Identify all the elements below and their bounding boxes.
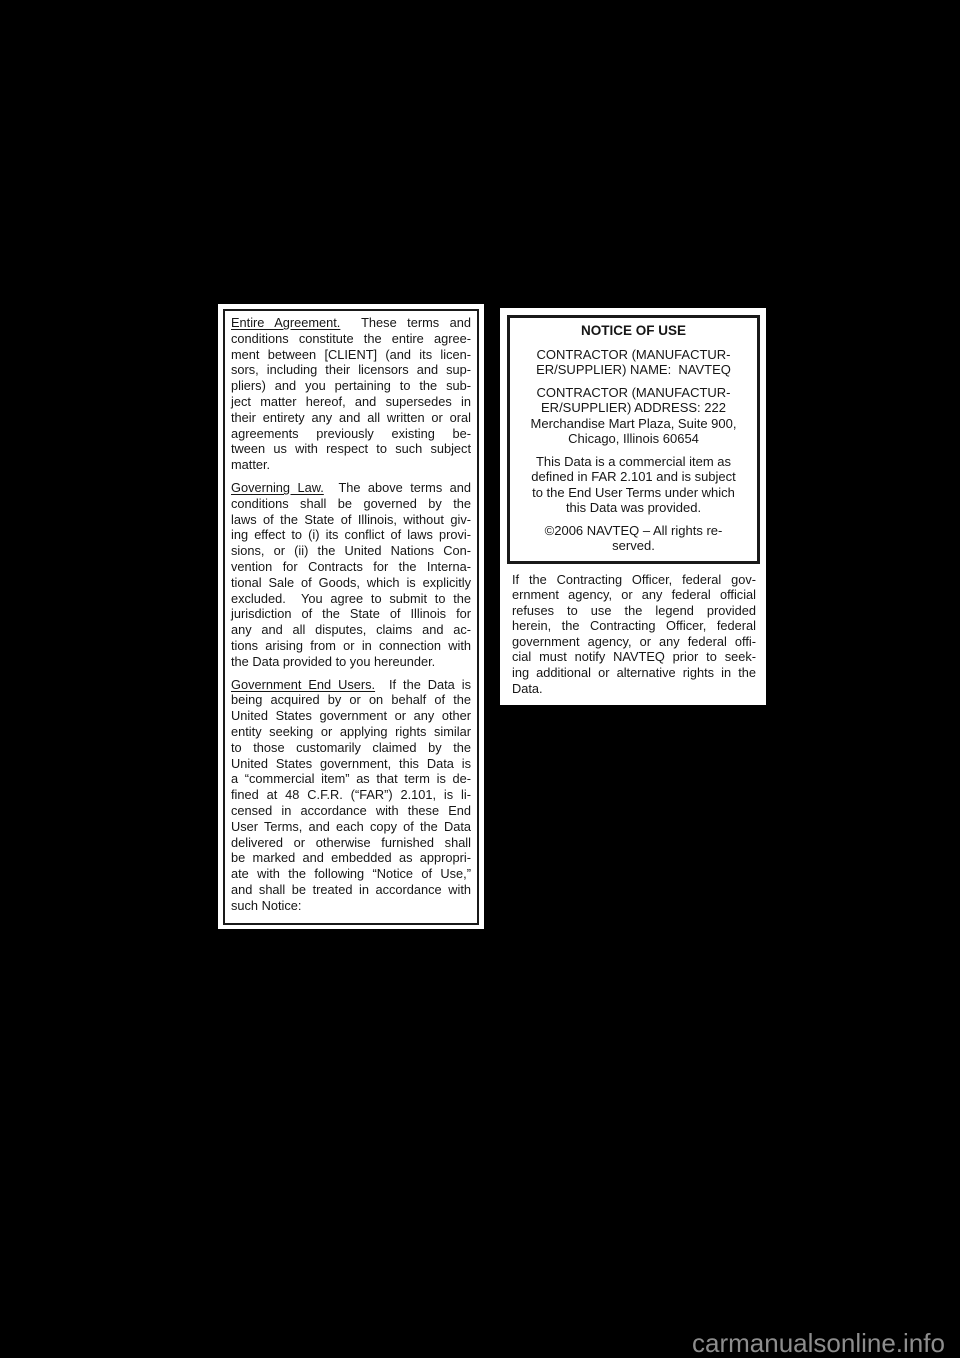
text-line: Chicago, Illinois 60654 xyxy=(514,431,753,447)
text-line: sions, or (ii) the United Nations Con- xyxy=(231,543,471,559)
text-line: served. xyxy=(514,538,753,554)
notice-text: CONTRACTOR (MANUFACTUR-ER/SUPPLIER) NAME… xyxy=(514,347,753,554)
text-line: Governing Law. The above terms and xyxy=(231,480,471,496)
text-line: a “commercial item” as that term is de- xyxy=(231,771,471,787)
watermark: carmanualsonline.info xyxy=(692,1330,945,1356)
text-line: ©2006 NAVTEQ – All rights re- xyxy=(514,523,753,539)
text-line: matter. xyxy=(231,457,471,473)
underlined-heading: Entire Agreement. xyxy=(231,315,340,330)
text-line: defined in FAR 2.101 and is subject xyxy=(514,469,753,485)
underlined-heading: Government End Users. xyxy=(231,677,375,692)
text-line: ject matter hereof, and supersedes in xyxy=(231,394,471,410)
text-line: excluded. You agree to submit to the xyxy=(231,591,471,607)
text-line: User Terms, and each copy of the Data xyxy=(231,819,471,835)
paragraph: Governing Law. The above terms andcondit… xyxy=(231,480,471,670)
paragraph: Government End Users. If the Data isbein… xyxy=(231,677,471,914)
paragraph: CONTRACTOR (MANUFACTUR-ER/SUPPLIER) ADDR… xyxy=(514,385,753,447)
text-line: herein, the Contracting Officer, federal xyxy=(512,618,756,634)
text-line: the Data provided to you hereunder. xyxy=(231,654,471,670)
text-line: ernment agency, or any federal official xyxy=(512,587,756,603)
terms-box-border: Entire Agreement. These terms andconditi… xyxy=(223,309,479,925)
text-line: being acquired by or on behalf of the xyxy=(231,692,471,708)
text-line: conditions constitute the entire agree- xyxy=(231,331,471,347)
text-line: Entire Agreement. These terms and xyxy=(231,315,471,331)
notice-title: NOTICE OF USE xyxy=(514,323,753,339)
text-line: entity seeking or applying rights simila… xyxy=(231,724,471,740)
text-line: refuses to use the legend provided xyxy=(512,603,756,619)
scanned-manual-page: Entire Agreement. These terms andconditi… xyxy=(0,0,960,1358)
text-line: tional Sale of Goods, which is explicitl… xyxy=(231,575,471,591)
text-line: pliers) and you pertaining to the sub- xyxy=(231,378,471,394)
text-line: and shall be treated in accordance with xyxy=(231,882,471,898)
paragraph: ©2006 NAVTEQ – All rights re-served. xyxy=(514,523,753,554)
text-line: censed in accordance with these End xyxy=(231,803,471,819)
text-line: cial must notify NAVTEQ prior to seek- xyxy=(512,649,756,665)
text-line: United States government, this Data is xyxy=(231,756,471,772)
text-line: tween us with respect to such subject xyxy=(231,441,471,457)
text-line: ing additional or alternative rights in … xyxy=(512,665,756,681)
text-line: ing effect to (i) its conflict of laws p… xyxy=(231,527,471,543)
text-line: to the End User Terms under which xyxy=(514,485,753,501)
text-line: tions arising from or in connection with xyxy=(231,638,471,654)
underlined-heading: Governing Law. xyxy=(231,480,324,495)
text-line: CONTRACTOR (MANUFACTUR- xyxy=(514,347,753,363)
text-line: agreements previously existing be- xyxy=(231,426,471,442)
text-line: ate with the following “Notice of Use,” xyxy=(231,866,471,882)
text-line: vention for Contracts for the Interna- xyxy=(231,559,471,575)
terms-text: Entire Agreement. These terms andconditi… xyxy=(231,315,471,913)
text-line: to those customarily claimed by the xyxy=(231,740,471,756)
notice-of-use-box: NOTICE OF USE CONTRACTOR (MANUFACTUR-ER/… xyxy=(507,315,760,564)
text-line: ER/SUPPLIER) NAME: NAVTEQ xyxy=(514,362,753,378)
contracting-officer-paragraph: If the Contracting Officer, federal gov-… xyxy=(512,572,756,697)
text-line: This Data is a commercial item as xyxy=(514,454,753,470)
right-column: NOTICE OF USE CONTRACTOR (MANUFACTUR-ER/… xyxy=(500,308,766,705)
text-line: their entirety any and all written or or… xyxy=(231,410,471,426)
text-line: any and all disputes, claims and ac- xyxy=(231,622,471,638)
paragraph: If the Contracting Officer, federal gov-… xyxy=(512,572,756,697)
text-line: delivered or otherwise furnished shall xyxy=(231,835,471,851)
text-line: conditions shall be governed by the xyxy=(231,496,471,512)
terms-box: Entire Agreement. These terms andconditi… xyxy=(218,304,484,929)
text-line: ment between [CLIENT] (and its licen- xyxy=(231,347,471,363)
text-line: such Notice: xyxy=(231,898,471,914)
text-line: Data. xyxy=(512,681,756,697)
paragraph: Entire Agreement. These terms andconditi… xyxy=(231,315,471,473)
text-line: sors, including their licensors and sup- xyxy=(231,362,471,378)
text-line: Merchandise Mart Plaza, Suite 900, xyxy=(514,416,753,432)
paragraph: CONTRACTOR (MANUFACTUR-ER/SUPPLIER) NAME… xyxy=(514,347,753,378)
text-line: government agency, or any federal offi- xyxy=(512,634,756,650)
text-line: fined at 48 C.F.R. (“FAR”) 2.101, is li- xyxy=(231,787,471,803)
text-line: United States government or any other xyxy=(231,708,471,724)
text-line: be marked and embedded as appropri- xyxy=(231,850,471,866)
text-line: jurisdiction of the State of Illinois fo… xyxy=(231,606,471,622)
text-line: this Data was provided. xyxy=(514,500,753,516)
text-line: Government End Users. If the Data is xyxy=(231,677,471,693)
text-line: If the Contracting Officer, federal gov- xyxy=(512,572,756,588)
text-line: ER/SUPPLIER) ADDRESS: 222 xyxy=(514,400,753,416)
paragraph: This Data is a commercial item asdefined… xyxy=(514,454,753,516)
text-line: laws of the State of Illinois, without g… xyxy=(231,512,471,528)
text-line: CONTRACTOR (MANUFACTUR- xyxy=(514,385,753,401)
